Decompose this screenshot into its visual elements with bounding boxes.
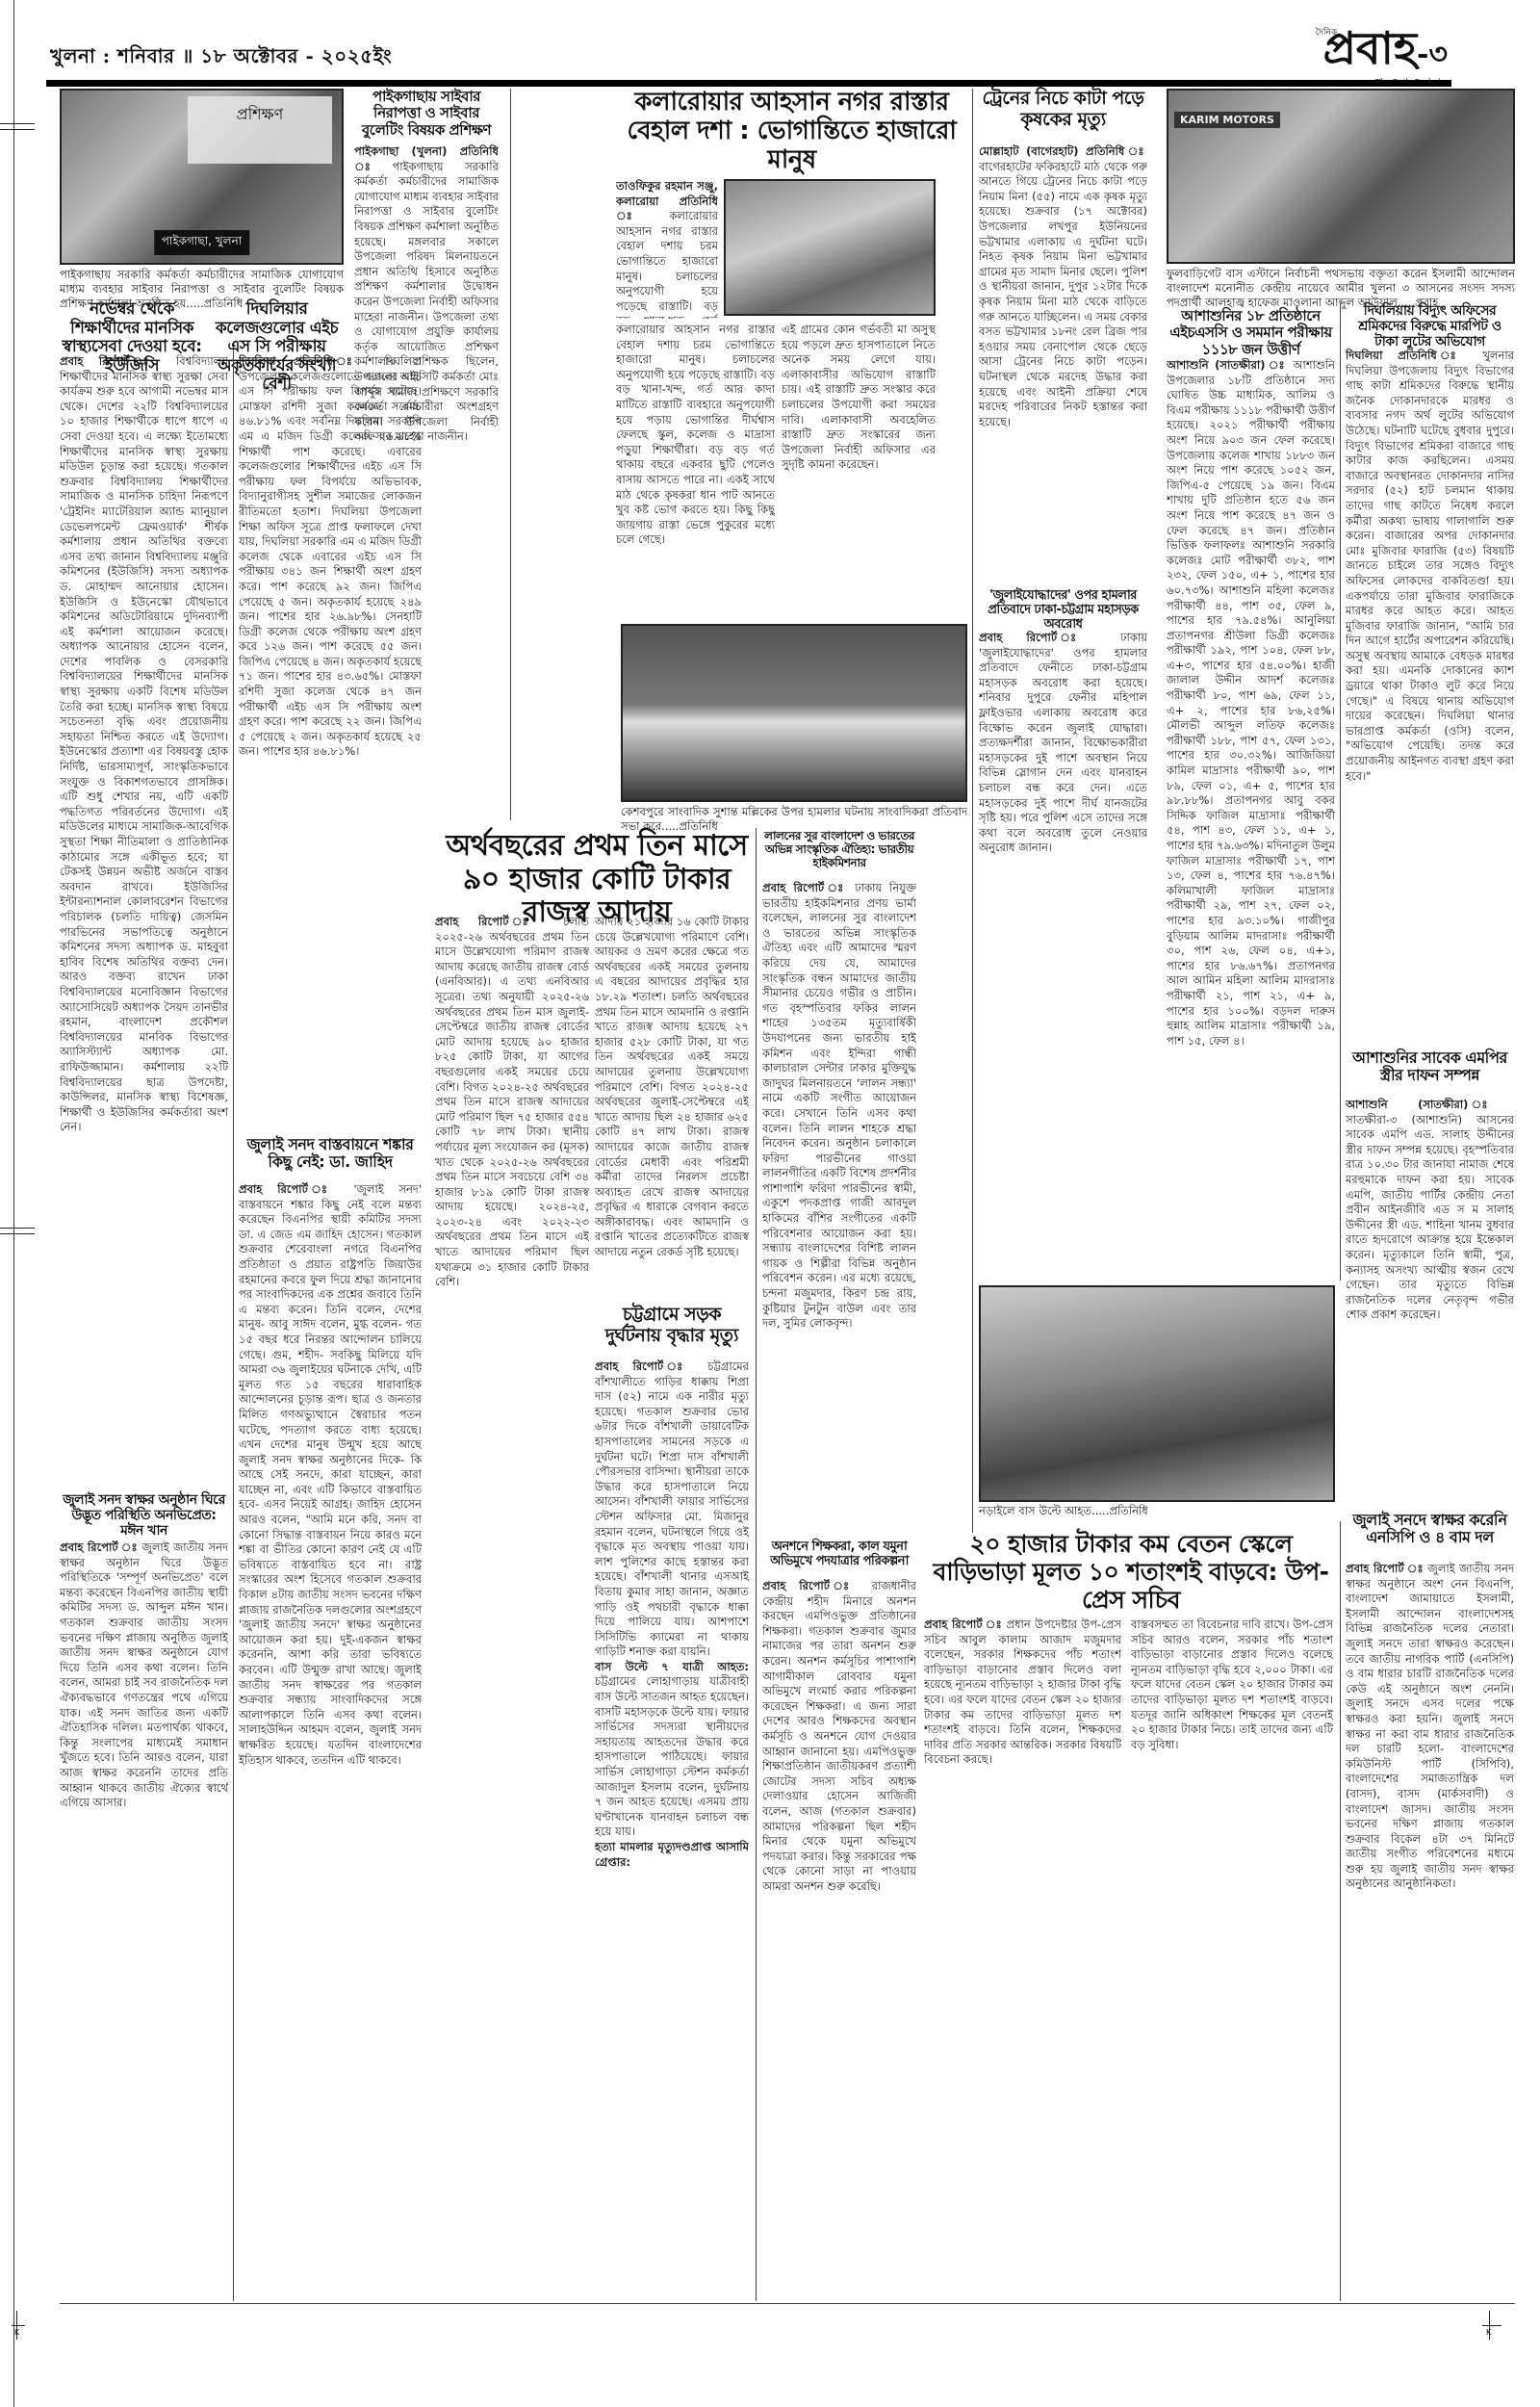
headline-chattogram: চট্টগ্রামে সড়ক দুর্ঘটনায় বৃদ্ধার মৃত্য… bbox=[595, 1305, 749, 1347]
article-body: বাগেরহাটের ফকিরহাটে মাঠ থেকে গরু আনতে গি… bbox=[979, 160, 1147, 428]
headline-zahid: জুলাই সনদ বাস্তবায়নে শঙ্কার কিছু নেই: ড… bbox=[239, 1136, 422, 1172]
article-kalaroa: তাওফিকুর রহমান সঞ্জু, কলারোয়া প্রতিনিধি… bbox=[616, 179, 718, 319]
article-cyber: পাইকগাছা (খুলনা) প্রতিনিধি ঃ পাইকগাছায় … bbox=[354, 144, 499, 818]
article-body: আশাশুনি উপজেলার ১৮টি প্রতিষ্ঠানে সদ্য ঘো… bbox=[1167, 358, 1335, 1048]
registration-mark-left: K bbox=[14, 2328, 19, 2337]
article-body: চট্টগ্রামের বাঁশখালীতে গাড়ির ধাক্কায় শ… bbox=[595, 1359, 749, 1658]
headline-moin-khan: জুলাই সনদ স্বাক্ষর অনুষ্ঠান ঘিরে উদ্ভূত … bbox=[60, 1492, 228, 1539]
article-body: বিশ্ববিদ্যালয় শিক্ষার্থীদের মানসিক স্বা… bbox=[60, 354, 228, 1133]
article-zahid: প্রবাহ রিপোর্ট ঃ 'জুলাই সনদ' বাস্তবায়নে… bbox=[239, 1182, 422, 2299]
headline-ashashuni-result: আশাশুনির ১৮ প্রতিষ্ঠানে এইচএসসি ও সমমান … bbox=[1167, 308, 1335, 358]
bottom-rule bbox=[60, 2303, 1515, 2304]
headline-july-fighters: 'জুলাইযোদ্ধাদের' ওপর হামলার প্রতিবাদে ঢা… bbox=[979, 589, 1147, 633]
crop-mark bbox=[0, 1233, 35, 1234]
column-rule bbox=[1340, 1521, 1341, 2301]
byline: প্রবাহ রিপোর্ট ঃ bbox=[435, 915, 544, 928]
article-body: 'জুলাই সনদ' বাস্তবায়নে শঙ্কার কিছু নেই … bbox=[239, 1182, 422, 1767]
crop-mark bbox=[0, 1228, 35, 1229]
article-body: জুলাই জাতীয় সনদ স্বাক্ষর অনুষ্ঠানে অংশ … bbox=[1346, 1562, 1514, 1890]
headline-kalaroa: কলারোয়ার আহসান নগর রাস্তার বেহাল দশা : … bbox=[616, 89, 967, 175]
byline: প্রবাহ রিপোর্ট ঃ bbox=[924, 1618, 1002, 1631]
column-rule bbox=[756, 828, 757, 2301]
headline-lalon: লালনের সুর বাংলাদেশ ও ভারতের অভিন্ন সাংস… bbox=[762, 830, 916, 869]
article-ashashuni-mp: আশাশুনি (সাতক্ষীরা) ঃ সাতক্ষীরা-৩ (আশাশু… bbox=[1346, 1098, 1514, 1502]
article-body: প্রধান উপদেষ্টার উপ-প্রেস সচিব আবুল কালা… bbox=[924, 1618, 1121, 1766]
registration-mark-right: K bbox=[1486, 2328, 1491, 2337]
byline: আশাশুনি (সাতক্ষীরা) ঃ bbox=[1346, 1098, 1514, 1111]
byline: আশাশুনি (সাতক্ষীরা) ঃ bbox=[1167, 358, 1287, 372]
article-body: ঢাকায় 'জুলাইযোদ্ধাদের' ওপর হামলার প্রতি… bbox=[979, 631, 1147, 854]
byline: প্রবাহ রিপোর্ট ঃ bbox=[595, 1359, 693, 1373]
photo-location-label: পাইকগাছা, খুলনা bbox=[154, 230, 249, 255]
byline: প্রবাহ রিপোর্ট ঃ bbox=[60, 1540, 138, 1554]
article-revenue: প্রবাহ রিপোর্ট ঃ চলতি ২০২৫-২৬ অর্থবছরের … bbox=[435, 915, 589, 1540]
photo-banner: প্রশিক্ষণ bbox=[188, 96, 332, 164]
crop-mark bbox=[0, 129, 35, 130]
article-salary: প্রবাহ রিপোর্ট ঃ প্রধান উপদেষ্টার উপ-প্র… bbox=[924, 1618, 1121, 2301]
article-body: খুলনার দিঘলিয়া উপজেলায় বিদ্যুৎ বিভাগের… bbox=[1346, 349, 1514, 783]
article-body: সাতক্ষীরা-৩ (আশাশুনি) আসনের সাবেক এমপি এ… bbox=[1346, 1113, 1514, 1322]
column-rule bbox=[233, 347, 234, 2301]
article-body: রাজধানীর কেন্দ্রীয় শহীদ মিনারে অনশন করছ… bbox=[762, 1579, 916, 1893]
bus-sign: KARIM MOTORS bbox=[1174, 112, 1280, 128]
article-body: ঢাকায় নিযুক্ত ভারতীয় হাইকমিশনার প্রণয়… bbox=[762, 881, 916, 1330]
crop-mark bbox=[1482, 2325, 1501, 2326]
photo-bus-accident bbox=[979, 1285, 1335, 1502]
article-body: পাইকগাছায় সরকারি কর্মকর্তা কর্মচারীদের … bbox=[354, 160, 499, 444]
article-body: কলারোয়ার আহসান নগর রাস্তার বেহাল দশায় … bbox=[616, 209, 718, 319]
column-rule bbox=[510, 89, 511, 820]
article-fast: প্রবাহ রিপোর্ট ঃ রাজধানীর কেন্দ্রীয় শহী… bbox=[762, 1579, 916, 2301]
photo-kalaroa-road bbox=[724, 179, 936, 316]
byline: প্রবাহ রিপোর্ট ঃ bbox=[762, 1579, 859, 1592]
photo-election-rally: KARIM MOTORS bbox=[1167, 89, 1515, 264]
article-body: জুলাই জাতীয় সনদ স্বাক্ষর অনুষ্ঠান ঘিরে … bbox=[60, 1540, 228, 1809]
byline: প্রবাহ রিপোর্ট ঃ bbox=[60, 354, 161, 368]
photo-cyber-training: প্রশিক্ষণ পাইকগাছা, খুলনা bbox=[60, 89, 344, 265]
article-chattogram: প্রবাহ রিপোর্ট ঃ চট্টগ্রামের বাঁশখালীতে … bbox=[595, 1359, 749, 2303]
byline: মোল্লাহাট (বাগেরহাট) প্রতিনিধি ঃ bbox=[979, 144, 1147, 158]
article-salary-cont: বাস্তবসম্মত তা বিবেচনার দাবি রাখে। উপ-প্… bbox=[1131, 1618, 1333, 2301]
photo-keshabpur-meeting bbox=[621, 624, 967, 802]
header-rule bbox=[46, 80, 1451, 87]
crop-mark bbox=[12, 2325, 25, 2326]
article-july-fighters: প্রবাহ রিপোর্ট ঃ ঢাকায় 'জুলাইযোদ্ধাদের'… bbox=[979, 631, 1147, 1266]
byline: প্রবাহ রিপোর্ট ঃ bbox=[762, 881, 847, 894]
headline-ncp: জুলাই সনদে স্বাক্ষর করেনি এনসিপি ও ৪ বাম… bbox=[1346, 1512, 1514, 1547]
crop-mark bbox=[0, 123, 35, 124]
page-number: -৩ bbox=[1417, 38, 1448, 71]
article-ugc: প্রবাহ রিপোর্ট ঃ বিশ্ববিদ্যালয় শিক্ষার্… bbox=[60, 354, 228, 1490]
masthead-pre: দৈনিক bbox=[1316, 25, 1338, 39]
byline: দিঘলিয়া প্রতিনিধি ঃ bbox=[239, 354, 367, 368]
subhead-arrest: হত্যা মামলার মৃত্যুদণ্ডপ্রাপ্ত আসামি গ্র… bbox=[595, 1840, 749, 1869]
article-body: চট্টগ্রামের লোহাগাড়ায় যাত্রীবাহী বাস উ… bbox=[595, 1674, 749, 1838]
headline-salary: ২০ হাজার টাকার কম বেতন স্কেলে বাড়িভাড়া… bbox=[924, 1531, 1338, 1614]
headline-cyber: পাইকগাছায় সাইবার নিরাপত্তা ও সাইবার বুল… bbox=[354, 89, 499, 139]
byline: প্রবাহ রিপোর্ট ঃ bbox=[979, 631, 1096, 644]
article-kalaroa-cont: কলারোয়ার আহসান নগর রাস্তার বেহাল দশায় … bbox=[616, 323, 775, 582]
column-rule bbox=[1340, 303, 1341, 1281]
headline-ashashuni-mp: আশাশুনির সাবেক এমপির স্ত্রীর দাফন সম্পন্… bbox=[1346, 1049, 1514, 1085]
masthead: দৈনিক প্রবাহ-৩ The Daily Probaho bbox=[1323, 25, 1448, 87]
article-lalon: প্রবাহ রিপোর্ট ঃ ঢাকায় নিযুক্ত ভারতীয় … bbox=[762, 881, 916, 1536]
column-rule bbox=[972, 89, 973, 1533]
article-ncp: প্রবাহ রিপোর্ট ঃ জুলাই জাতীয় সনদ স্বাক্… bbox=[1346, 1562, 1514, 2303]
headline-dighalia-power: দিঘলিয়ায় বিদ্যুৎ অফিসের শ্রমিকদের বিরু… bbox=[1346, 303, 1514, 349]
caption-bus-accident: নড়াইলে বাস উল্টে আহত.....প্রতিনিধি bbox=[979, 1504, 1335, 1518]
article-train: মোল্লাহাট (বাগেরহাট) প্রতিনিধি ঃ বাগেরহা… bbox=[979, 144, 1147, 587]
byline: দিঘলিয়া প্রতিনিধি ঃ bbox=[1346, 349, 1468, 362]
page-border bbox=[13, 0, 14, 2407]
article-revenue-cont: আদায় ২১ হাজার ১৬ কোটি টাকার চেয়ে উল্লে… bbox=[595, 915, 749, 1300]
article-moin-khan: প্রবাহ রিপোর্ট ঃ জুলাই জাতীয় সনদ স্বাক্… bbox=[60, 1540, 228, 2301]
dateline: খুলনা : শনিবার ॥ ১৮ অক্টোবর - ২০২৫ইং bbox=[50, 42, 392, 74]
subhead-bus: বাস উল্টে ৭ যাত্রী আহত: bbox=[595, 1660, 749, 1673]
byline: প্রবাহ রিপোর্ট ঃ bbox=[1346, 1562, 1424, 1575]
headline-fast: অনশনে শিক্ষকরা, কাল যমুনা অভিমুখে পদযাত্… bbox=[762, 1540, 916, 1569]
article-ashashuni-result: আশাশুনি (সাতক্ষীরা) ঃ আশাশুনি উপজেলার ১৮… bbox=[1167, 358, 1335, 1282]
article-body: চলতি ২০২৫-২৬ অর্থবছরের প্রথম তিন মাসে উল… bbox=[435, 915, 589, 1288]
article-kalaroa-cont2: এই গ্রামের কোন গর্ভবতী মা অসুস্থ হয়ে পড… bbox=[782, 323, 936, 582]
headline-train: ট্রেনের নিচে কাটা পড়ে কৃষকের মৃত্যু bbox=[979, 89, 1147, 131]
article-dighalia-power: দিঘলিয়া প্রতিনিধি ঃ খুলনার দিঘলিয়া উপজ… bbox=[1346, 349, 1514, 1042]
byline: প্রবাহ রিপোর্ট ঃ bbox=[239, 1182, 339, 1196]
